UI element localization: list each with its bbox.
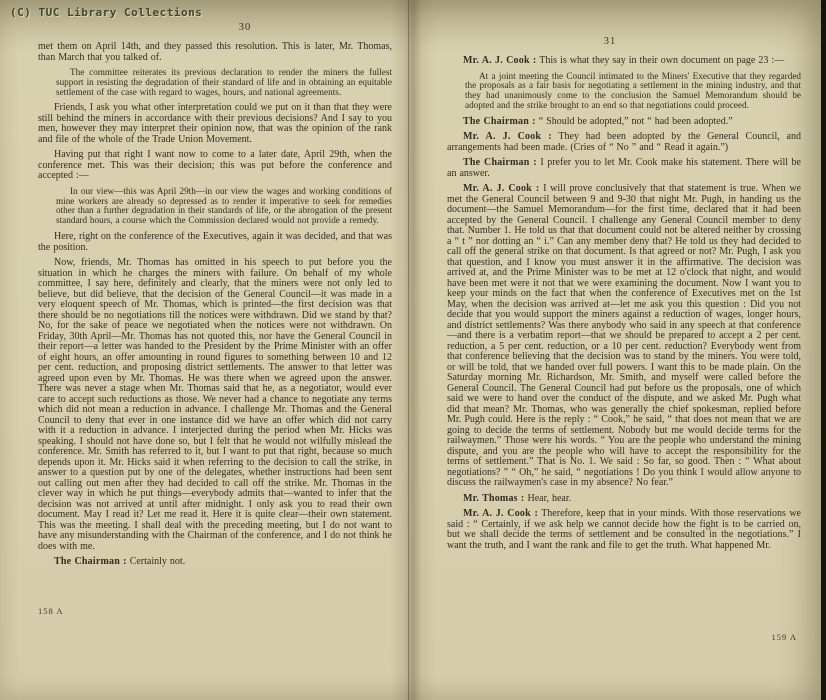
printer-signature: 159 A [771,632,797,642]
speaker-name: Mr. A. J. Cook : [463,131,552,142]
page-text-column: met them on April 14th, and they passed … [38,42,392,568]
page-number: 30 [68,22,422,33]
library-watermark: (C) TUC Library Collections [10,6,202,19]
speaker-name: The Chairman : [54,556,127,567]
page-text-column: Mr. A. J. Cook : This is what they say i… [447,56,801,551]
speaker-name: Mr. Thomas : [463,493,524,504]
page-31: 31 Mr. A. J. Cook : This is what they sa… [447,36,801,684]
speaker-name: Mr. A. J. Cook : [463,55,536,66]
body-paragraph: Here, right on the conference of the Exe… [38,232,392,253]
scanned-book-spread: (C) TUC Library Collections 30 met them … [0,0,826,700]
speaker-name: Mr. A. J. Cook : [463,508,538,519]
speech-paragraph: Mr. Thomas : Hear, hear. [447,494,801,505]
speaker-name: The Chairman : [463,157,537,168]
speech-paragraph: Mr. A. J. Cook : They had been adopted b… [447,132,801,153]
page-number: 31 [433,36,787,47]
printer-signature: 158 A [38,606,64,616]
speech-paragraph: Mr. A. J. Cook : Therefore, keep that in… [447,509,801,551]
quoted-document: The committee reiterates its previous de… [56,68,392,97]
body-paragraph: met them on April 14th, and they passed … [38,42,392,63]
body-paragraph: Having put that right I want now to come… [38,150,392,182]
speech-paragraph: The Chairman : I prefer you to let Mr. C… [447,158,801,179]
speech-paragraph: Mr. A. J. Cook : This is what they say i… [447,56,801,67]
speech-paragraph: The Chairman : “ Should be adopted,” not… [447,117,801,128]
quoted-document: In our view—this was April 29th—in our v… [56,187,392,226]
speech-paragraph: The Chairman : Certainly not. [38,557,392,568]
body-paragraph: Now, friends, Mr. Thomas has omitted in … [38,258,392,552]
speaker-name: Mr. A. J. Cook : [463,183,539,194]
speaker-name: The Chairman : [463,116,536,127]
quoted-document: At a joint meeting the Council intimated… [465,72,801,111]
body-paragraph: Friends, I ask you what other interpreta… [38,103,392,145]
speech-paragraph: Mr. A. J. Cook : I will prove conclusive… [447,184,801,489]
page-30: 30 met them on April 14th, and they pass… [38,22,392,684]
